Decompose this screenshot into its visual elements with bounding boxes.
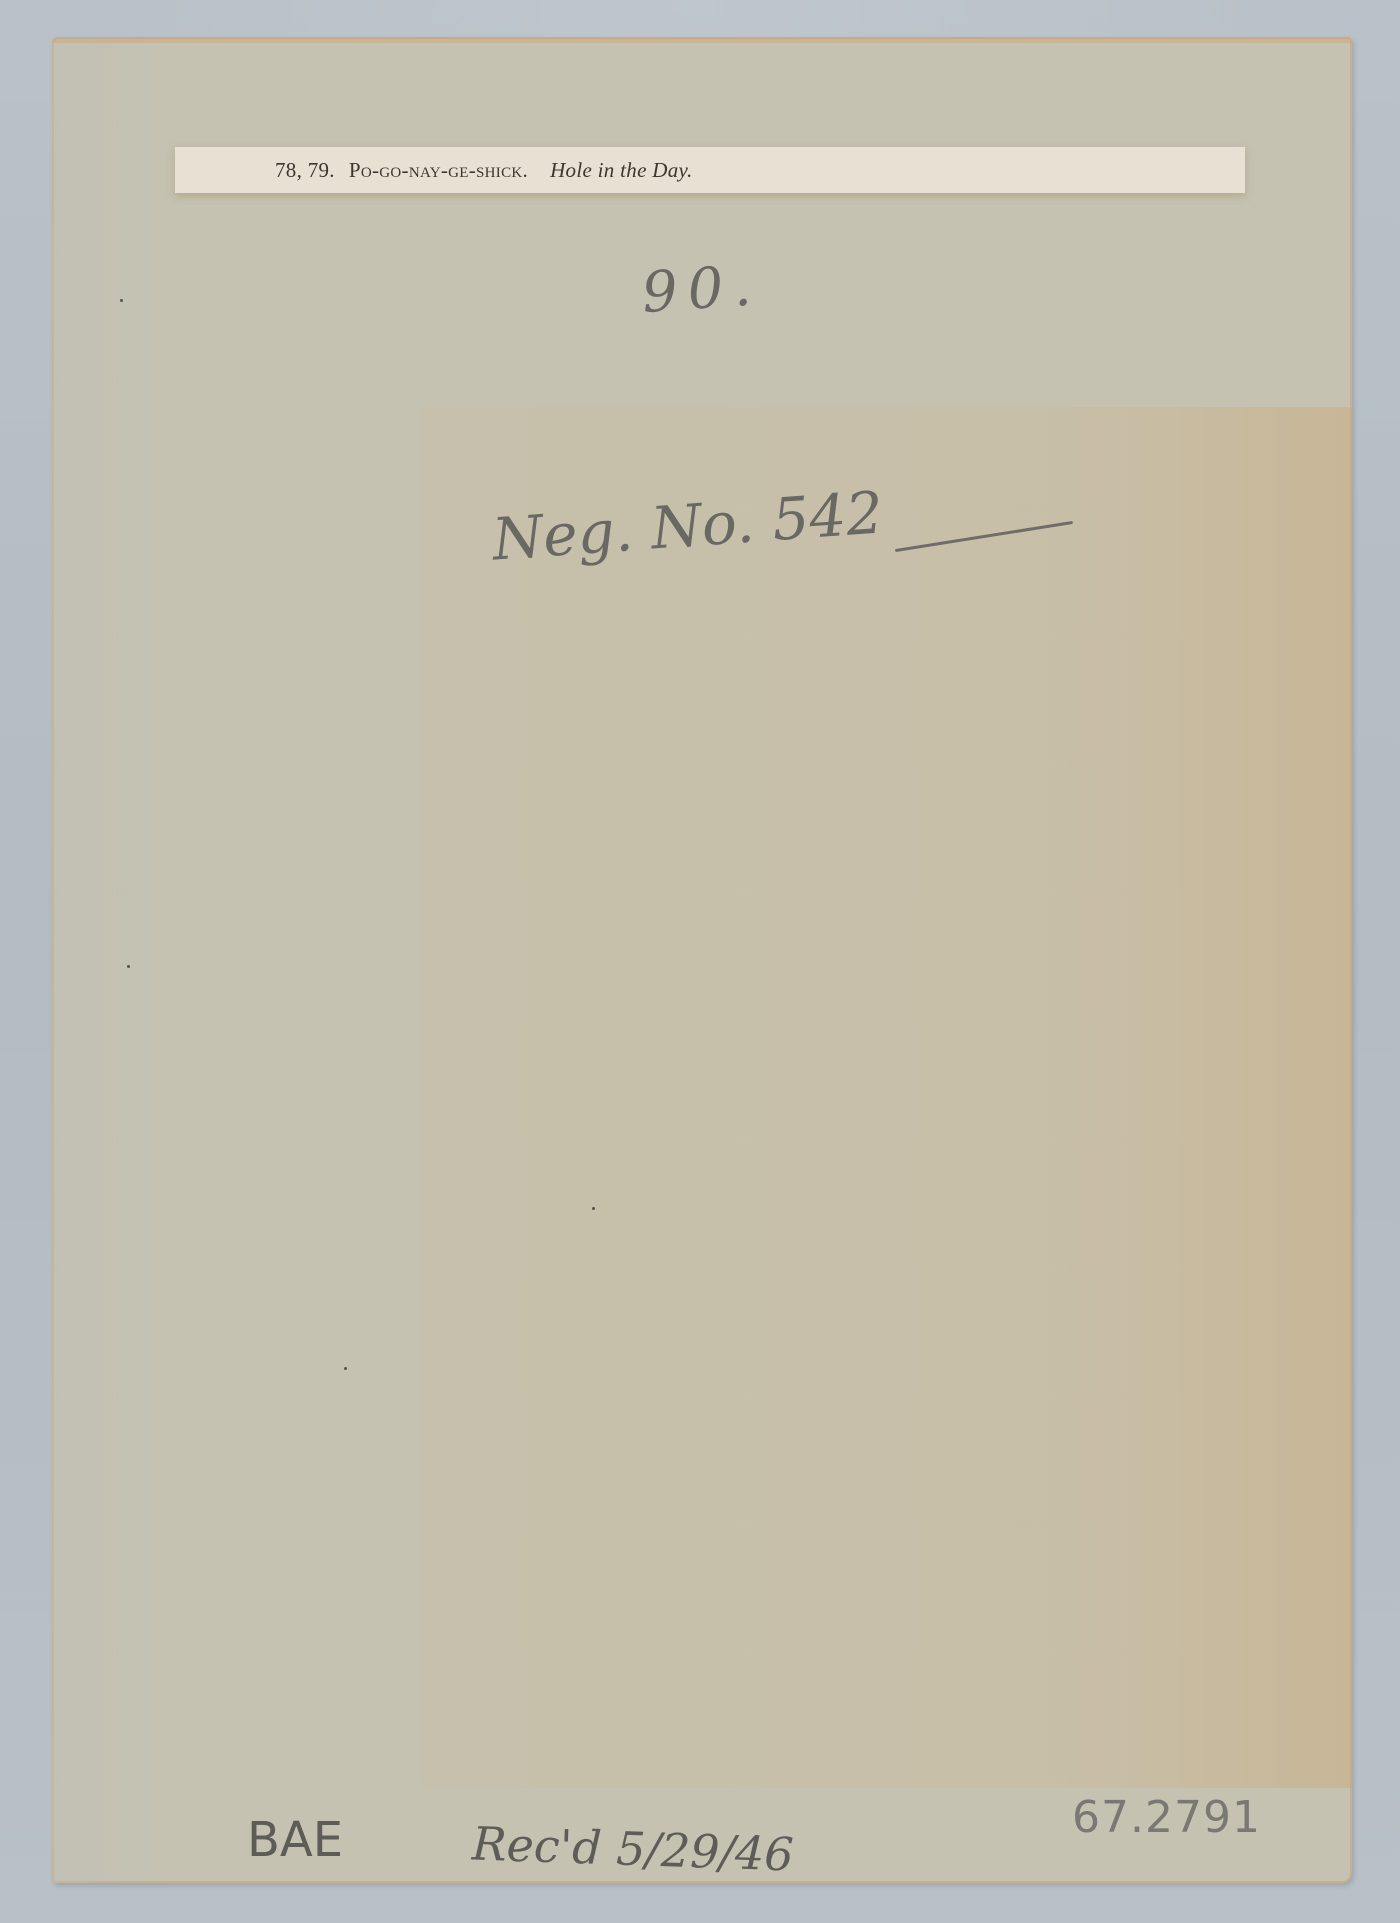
handwritten-catalog-number: 90. (640, 253, 763, 326)
card-left-shade (52, 37, 172, 1883)
handwritten-bae-mark: BAE (247, 1812, 343, 1868)
paper-speck (592, 1207, 595, 1210)
printed-label-strip: 78, 79. Po-go-nay-ge-shick. Hole in the … (175, 147, 1245, 193)
paper-speck (344, 1367, 347, 1370)
card-discoloration (422, 407, 1352, 1788)
handwritten-received-date: Rec'd 5/29/46 (471, 1816, 794, 1881)
label-plate-numbers: 78, 79. (275, 158, 335, 183)
label-name-translation: Hole in the Day. (550, 158, 692, 183)
paper-speck (127, 965, 130, 968)
label-subject-name: Po-go-nay-ge-shick. (349, 158, 528, 183)
paper-speck (120, 299, 123, 302)
photo-mount-card: 78, 79. Po-go-nay-ge-shick. Hole in the … (52, 37, 1352, 1883)
handwritten-accession-number: 67.2791 (1072, 1792, 1261, 1843)
card-top-edge (52, 37, 1352, 43)
